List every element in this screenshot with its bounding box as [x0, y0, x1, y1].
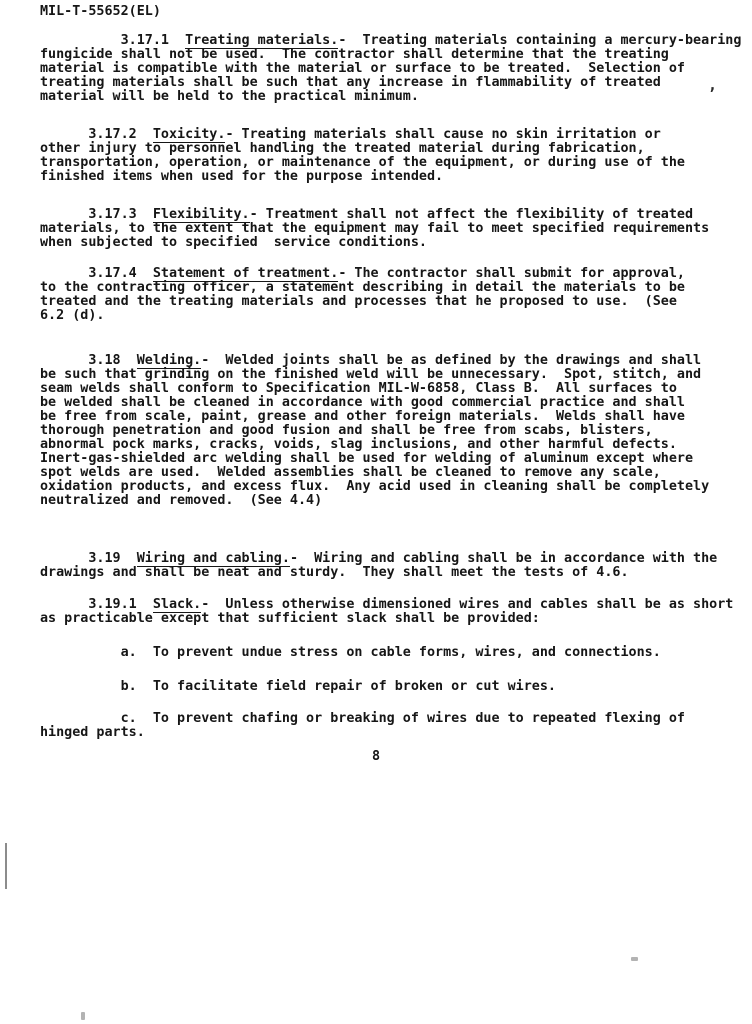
- paragraph-3.17.1: 3.17.1 Treating materials.- Treating mat…: [40, 34, 741, 104]
- paragraph-3.18: 3.18 Welding.- Welded joints shall be as…: [40, 354, 709, 508]
- paragraph-3.19.1: 3.19.1 Slack.- Unless otherwise dimensio…: [40, 598, 733, 626]
- text-line: treated and the treating materials and p…: [40, 295, 685, 309]
- document-id-header: MIL-T-55652(EL): [40, 4, 161, 19]
- page-number: 8: [0, 750, 752, 764]
- text-line: to the contracting officer, a statement …: [40, 281, 685, 295]
- text-line: material will be held to the practical m…: [40, 90, 741, 104]
- paragraph-3.17.2: 3.17.2 Toxicity.- Treating materials sha…: [40, 128, 685, 184]
- text-line: finished items when used for the purpose…: [40, 170, 685, 184]
- text-line: c. To prevent chafing or breaking of wir…: [40, 712, 685, 726]
- text-line: thorough penetration and good fusion and…: [40, 424, 709, 438]
- text-line: 6.2 (d).: [40, 309, 685, 323]
- text-line: transportation, operation, or maintenanc…: [40, 156, 685, 170]
- scan-artifact-speck: [631, 957, 638, 961]
- text-line: spot welds are used. Welded assemblies s…: [40, 466, 709, 480]
- text-line: oxidation products, and excess flux. Any…: [40, 480, 709, 494]
- document-page: MIL-T-55652(EL) 3.17.1 Treating material…: [0, 0, 752, 1024]
- text-line: 3.18 Welding.- Welded joints shall be as…: [40, 354, 709, 368]
- paragraph-3.17.3: 3.17.3 Flexibility.- Treatment shall not…: [40, 208, 709, 250]
- paragraph-item-c: c. To prevent chafing or breaking of wir…: [40, 712, 685, 740]
- text-line: neutralized and removed. (See 4.4): [40, 494, 709, 508]
- text-line: material is compatible with the material…: [40, 62, 741, 76]
- text-line: be free from scale, paint, grease and ot…: [40, 410, 709, 424]
- text-line: 3.19.1 Slack.- Unless otherwise dimensio…: [40, 598, 733, 612]
- text-line: fungicide shall not be used. The contrac…: [40, 48, 741, 62]
- scan-artifact-vertical-line: [5, 843, 7, 889]
- paragraph-3.17.4: 3.17.4 Statement of treatment.- The cont…: [40, 267, 685, 323]
- paragraph-item-a: a. To prevent undue stress on cable form…: [40, 646, 661, 660]
- text-line: treating materials shall be such that an…: [40, 76, 741, 90]
- text-line: 3.17.2 Toxicity.- Treating materials sha…: [40, 128, 685, 142]
- text-line: 3.17.1 Treating materials.- Treating mat…: [40, 34, 741, 48]
- scan-artifact-speck: [81, 1012, 85, 1020]
- text-line: 3.19 Wiring and cabling.- Wiring and cab…: [40, 552, 717, 566]
- text-line: 3.17.3 Flexibility.- Treatment shall not…: [40, 208, 709, 222]
- text-line: b. To facilitate field repair of broken …: [40, 680, 556, 694]
- text-line: drawings and shall be neat and sturdy. T…: [40, 566, 717, 580]
- text-line: Inert-gas-shielded arc welding shall be …: [40, 452, 709, 466]
- paragraph-3.19: 3.19 Wiring and cabling.- Wiring and cab…: [40, 552, 717, 580]
- text-line: a. To prevent undue stress on cable form…: [40, 646, 661, 660]
- text-line: other injury to personnel handling the t…: [40, 142, 685, 156]
- text-line: seam welds shall conform to Specificatio…: [40, 382, 709, 396]
- text-line: hinged parts.: [40, 726, 685, 740]
- text-line: be welded shall be cleaned in accordance…: [40, 396, 709, 410]
- text-line: abnormal pock marks, cracks, voids, slag…: [40, 438, 709, 452]
- text-line: materials, to the extent that the equipm…: [40, 222, 709, 236]
- text-line: be such that grinding on the finished we…: [40, 368, 709, 382]
- paragraph-item-b: b. To facilitate field repair of broken …: [40, 680, 556, 694]
- text-line: 3.17.4 Statement of treatment.- The cont…: [40, 267, 685, 281]
- text-line: as practicable except that sufficient sl…: [40, 612, 733, 626]
- text-line: when subjected to specified service cond…: [40, 236, 709, 250]
- scan-artifact-comma-mark: ,: [708, 80, 717, 90]
